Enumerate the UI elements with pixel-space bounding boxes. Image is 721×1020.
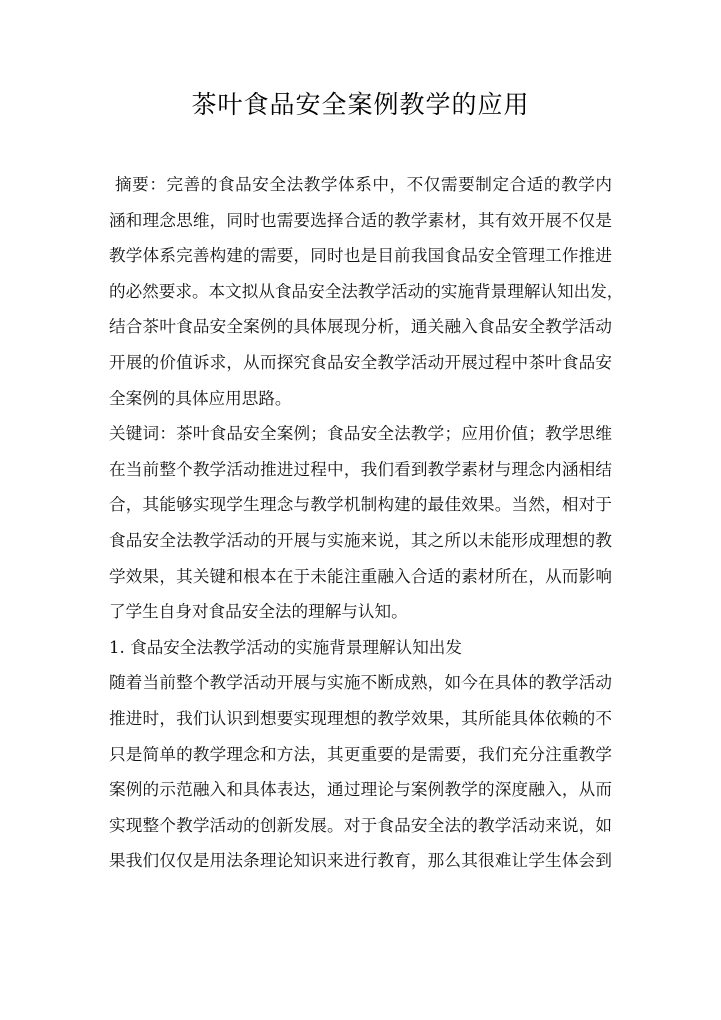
document-title: 茶叶食品安全案例教学的应用 (0, 88, 721, 122)
paragraph-line: 案例的示范融入和具体表达，通过理论与案例教学的深度融入，从而 (109, 772, 612, 808)
paragraph-line: 合，其能够实现学生理念与教学机制构建的最佳效果。当然，相对于 (109, 487, 612, 523)
paragraph-line: 食品安全法教学活动的开展与实施来说，其之所以未能形成理想的教 (109, 523, 612, 559)
document-page: 茶叶食品安全案例教学的应用 摘要：完善的食品安全法教学体系中，不仅需要制定合适的… (0, 0, 721, 1020)
document-body: 摘要：完善的食品安全法教学体系中，不仅需要制定合适的教学内 涵和理念思维，同时也… (109, 167, 612, 879)
paragraph-line: 了学生自身对食品安全法的理解与认知。 (109, 594, 612, 630)
abstract-line: 教学体系完善构建的需要，同时也是目前我国食品安全管理工作推进 (109, 238, 612, 274)
keywords-line: 关键词：茶叶食品安全案例；食品安全法教学；应用价值；教学思维 (109, 416, 612, 452)
abstract-line: 开展的价值诉求，从而探究食品安全教学活动开展过程中茶叶食品安 (109, 345, 612, 381)
paragraph-line: 学效果，其关键和根本在于未能注重融入合适的素材所在，从而影响 (109, 559, 612, 595)
abstract-line: 的必然要求。本文拟从食品安全法教学活动的实施背景理解认知出发， (109, 274, 612, 310)
paragraph-line: 随着当前整个教学活动开展与实施不断成熟，如今在具体的教学活动 (109, 665, 612, 701)
abstract-line: 结合茶叶食品安全案例的具体展现分析，通关融入食品安全教学活动 (109, 309, 612, 345)
abstract-line: 涵和理念思维，同时也需要选择合适的教学素材，其有效开展不仅是 (109, 203, 612, 239)
paragraph-line: 实现整个教学活动的创新发展。对于食品安全法的教学活动来说，如 (109, 808, 612, 844)
abstract-line: 全案例的具体应用思路。 (109, 381, 612, 417)
paragraph-line: 在当前整个教学活动推进过程中，我们看到教学素材与理念内涵相结 (109, 452, 612, 488)
paragraph-line: 果我们仅仅是用法条理论知识来进行教育，那么其很难让学生体会到 (109, 843, 612, 879)
paragraph-line: 推进时，我们认识到想要实现理想的教学效果，其所能具体依赖的不 (109, 701, 612, 737)
section-heading: 1. 食品安全法教学活动的实施背景理解认知出发 (109, 630, 612, 666)
abstract-line: 摘要：完善的食品安全法教学体系中，不仅需要制定合适的教学内 (109, 167, 612, 203)
paragraph-line: 只是简单的教学理念和方法，其更重要的是需要，我们充分注重教学 (109, 737, 612, 773)
